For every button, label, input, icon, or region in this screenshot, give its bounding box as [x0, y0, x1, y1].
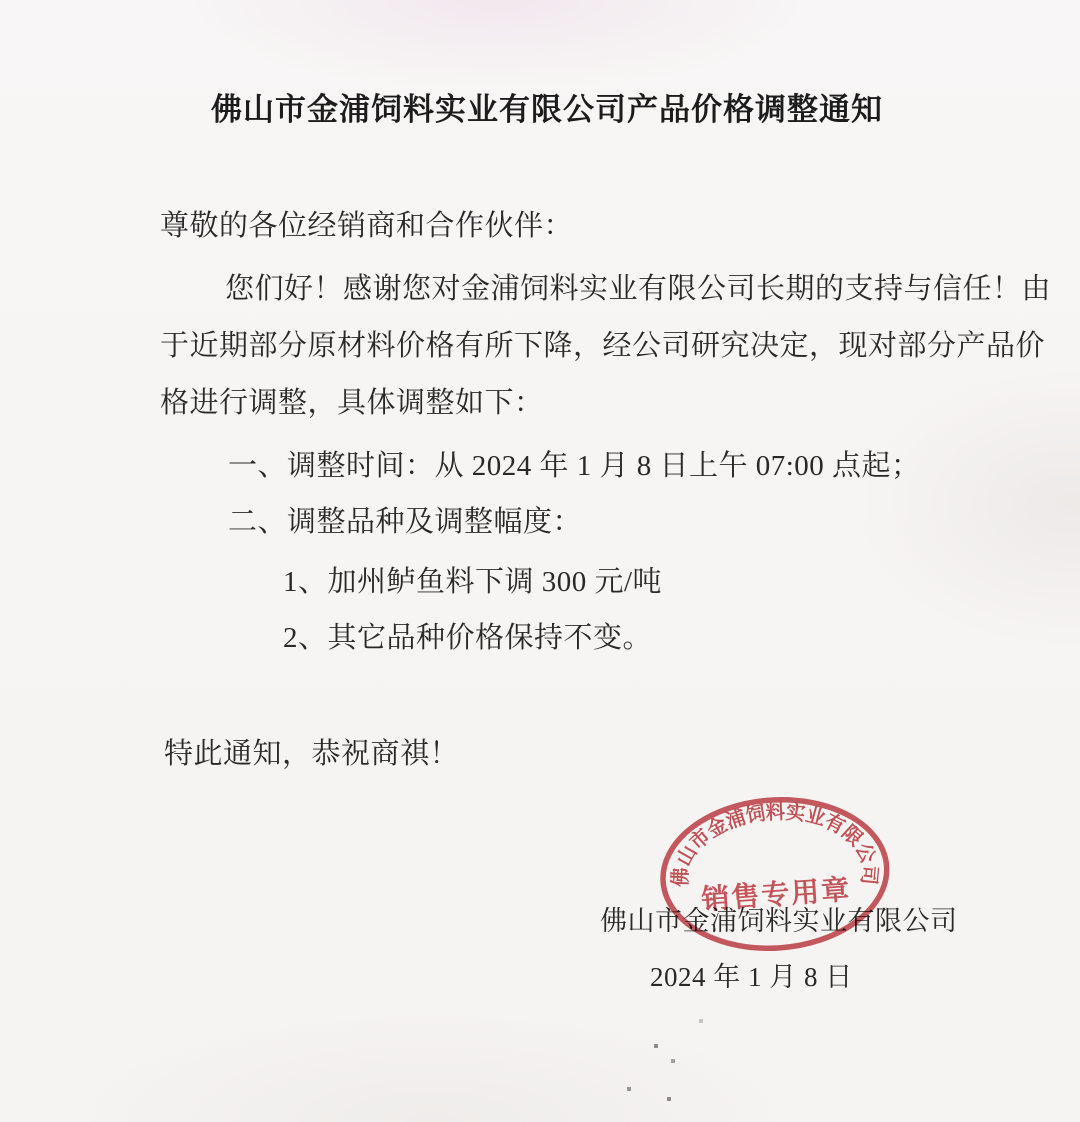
- seal-center-text: 销售专用章: [700, 873, 852, 915]
- body-paragraph-line: 您们好！感谢您对金浦饲料实业有限公司长期的支持与信任！由: [225, 266, 1051, 307]
- body-paragraph-line: 格进行调整，具体调整如下：: [160, 380, 544, 421]
- body-paragraph-line: 于近期部分原材料价格有所下降，经公司研究决定，现对部分产品价: [160, 323, 1045, 364]
- list-item-adjustment-time: 一、调整时间：从 2024 年 1 月 8 日上午 07:00 点起；: [228, 443, 921, 484]
- notice-document: 佛山市金浦饲料实业有限公司产品价格调整通知 尊敬的各位经销商和合作伙伴： 您们好…: [0, 0, 1080, 1122]
- closing-remark: 特此通知，恭祝商祺！: [164, 731, 459, 772]
- sublist-item-price-cut: 1、加州鲈鱼料下调 300 元/吨: [283, 559, 662, 600]
- list-item-adjustment-scope: 二、调整品种及调整幅度：: [228, 499, 582, 540]
- sublist-item-unchanged: 2、其它品种价格保持不变。: [283, 615, 652, 656]
- scan-speckles: [0, 0, 2, 2]
- company-seal-stamp: 佛山市金浦饲料实业有限公司 销售专用章: [642, 774, 908, 977]
- salutation: 尊敬的各位经销商和合作伙伴：: [160, 203, 573, 244]
- document-title: 佛山市金浦饲料实业有限公司产品价格调整通知: [0, 84, 1080, 129]
